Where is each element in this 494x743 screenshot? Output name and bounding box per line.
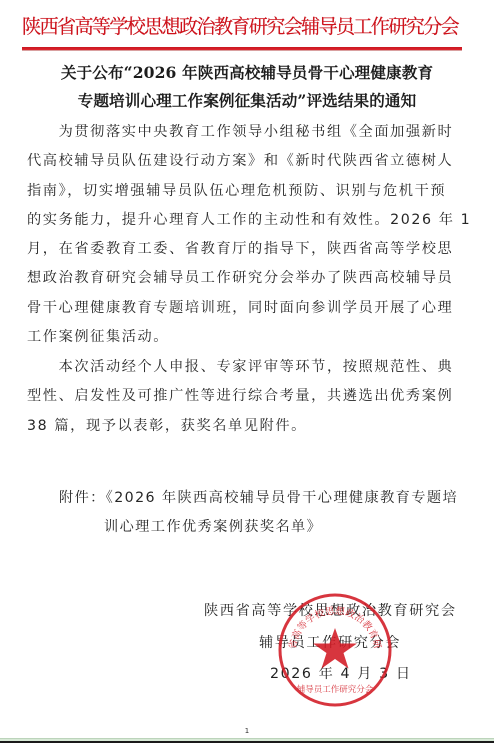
paragraph-line: 本次活动经个人申报、专家评审等环节，按照规范性、典 xyxy=(27,353,467,382)
attachment-title-line-2: 训心理工作优秀案例获奖名单》 xyxy=(59,513,458,542)
seal-bottom-text: 辅导员工作研究分会 xyxy=(297,684,374,695)
paragraph-line: 工作案例征集活动。 xyxy=(27,323,467,352)
notice-title-line-1: 关于公布“2026 年陕西高校辅导员骨干心理健康教育 xyxy=(0,63,494,83)
attachment-note: 附件：《2026 年陕西高校辅导员骨干心理健康教育专题培 训心理工作优秀案例获奖… xyxy=(59,484,458,542)
paragraph-line: 指南》，切实增强辅导员队伍心理危机预防、识别与危机干预 xyxy=(27,177,467,206)
page-number: 1 xyxy=(0,727,494,735)
signature-branch: 辅导员工作研究分会 xyxy=(259,632,401,652)
paragraph-line: 骨干心理健康教育专题培训班，同时面向参训学员开展了心理 xyxy=(27,294,467,323)
body-paragraph-2: 本次活动经个人申报、专家评审等环节，按照规范性、典 型性、启发性及可推广性等进行… xyxy=(27,353,467,441)
paragraph-line: 38 篇，现予以表彰，获奖名单见附件。 xyxy=(27,412,467,441)
notice-title-line-2: 专题培训心理工作案例征集活动”评选结果的通知 xyxy=(0,91,494,111)
body-paragraph-1: 为贯彻落实中央教育工作领导小组秘书组《全面加强新时 代高校辅导员队伍建设行动方案… xyxy=(27,118,467,352)
paragraph-line: 想政治教育研究会辅导员工作研究分会举办了陕西高校辅导员 xyxy=(27,264,467,293)
paragraph-line: 型性、启发性及可推广性等进行综合考量，共遴选出优秀案例 xyxy=(27,382,467,411)
paragraph-line: 的实务能力，提升心理育人工作的主动性和有效性。2026 年 1 xyxy=(27,206,467,235)
paragraph-line: 为贯彻落实中央教育工作领导小组秘书组《全面加强新时 xyxy=(27,118,467,147)
paragraph-line: 月，在省委教育工委、省教育厅的指导下，陕西省高等学校思 xyxy=(27,235,467,264)
paragraph-line: 代高校辅导员队伍建设行动方案》和《新时代陕西省立德树人 xyxy=(27,147,467,176)
attachment-title-line-1: 《2026 年陕西高校辅导员骨干心理健康教育专题培 xyxy=(106,490,458,506)
signature-organization: 陕西省高等学校思想政治教育研究会 xyxy=(204,600,457,620)
signature-date: 2026 年 4 月 3 日 xyxy=(270,663,412,683)
letterhead-title: 陕西省高等学校思想政治教育研究会辅导员工作研究分会 xyxy=(22,14,453,40)
letterhead-divider xyxy=(22,47,462,51)
attachment-label: 附件： xyxy=(59,490,106,506)
